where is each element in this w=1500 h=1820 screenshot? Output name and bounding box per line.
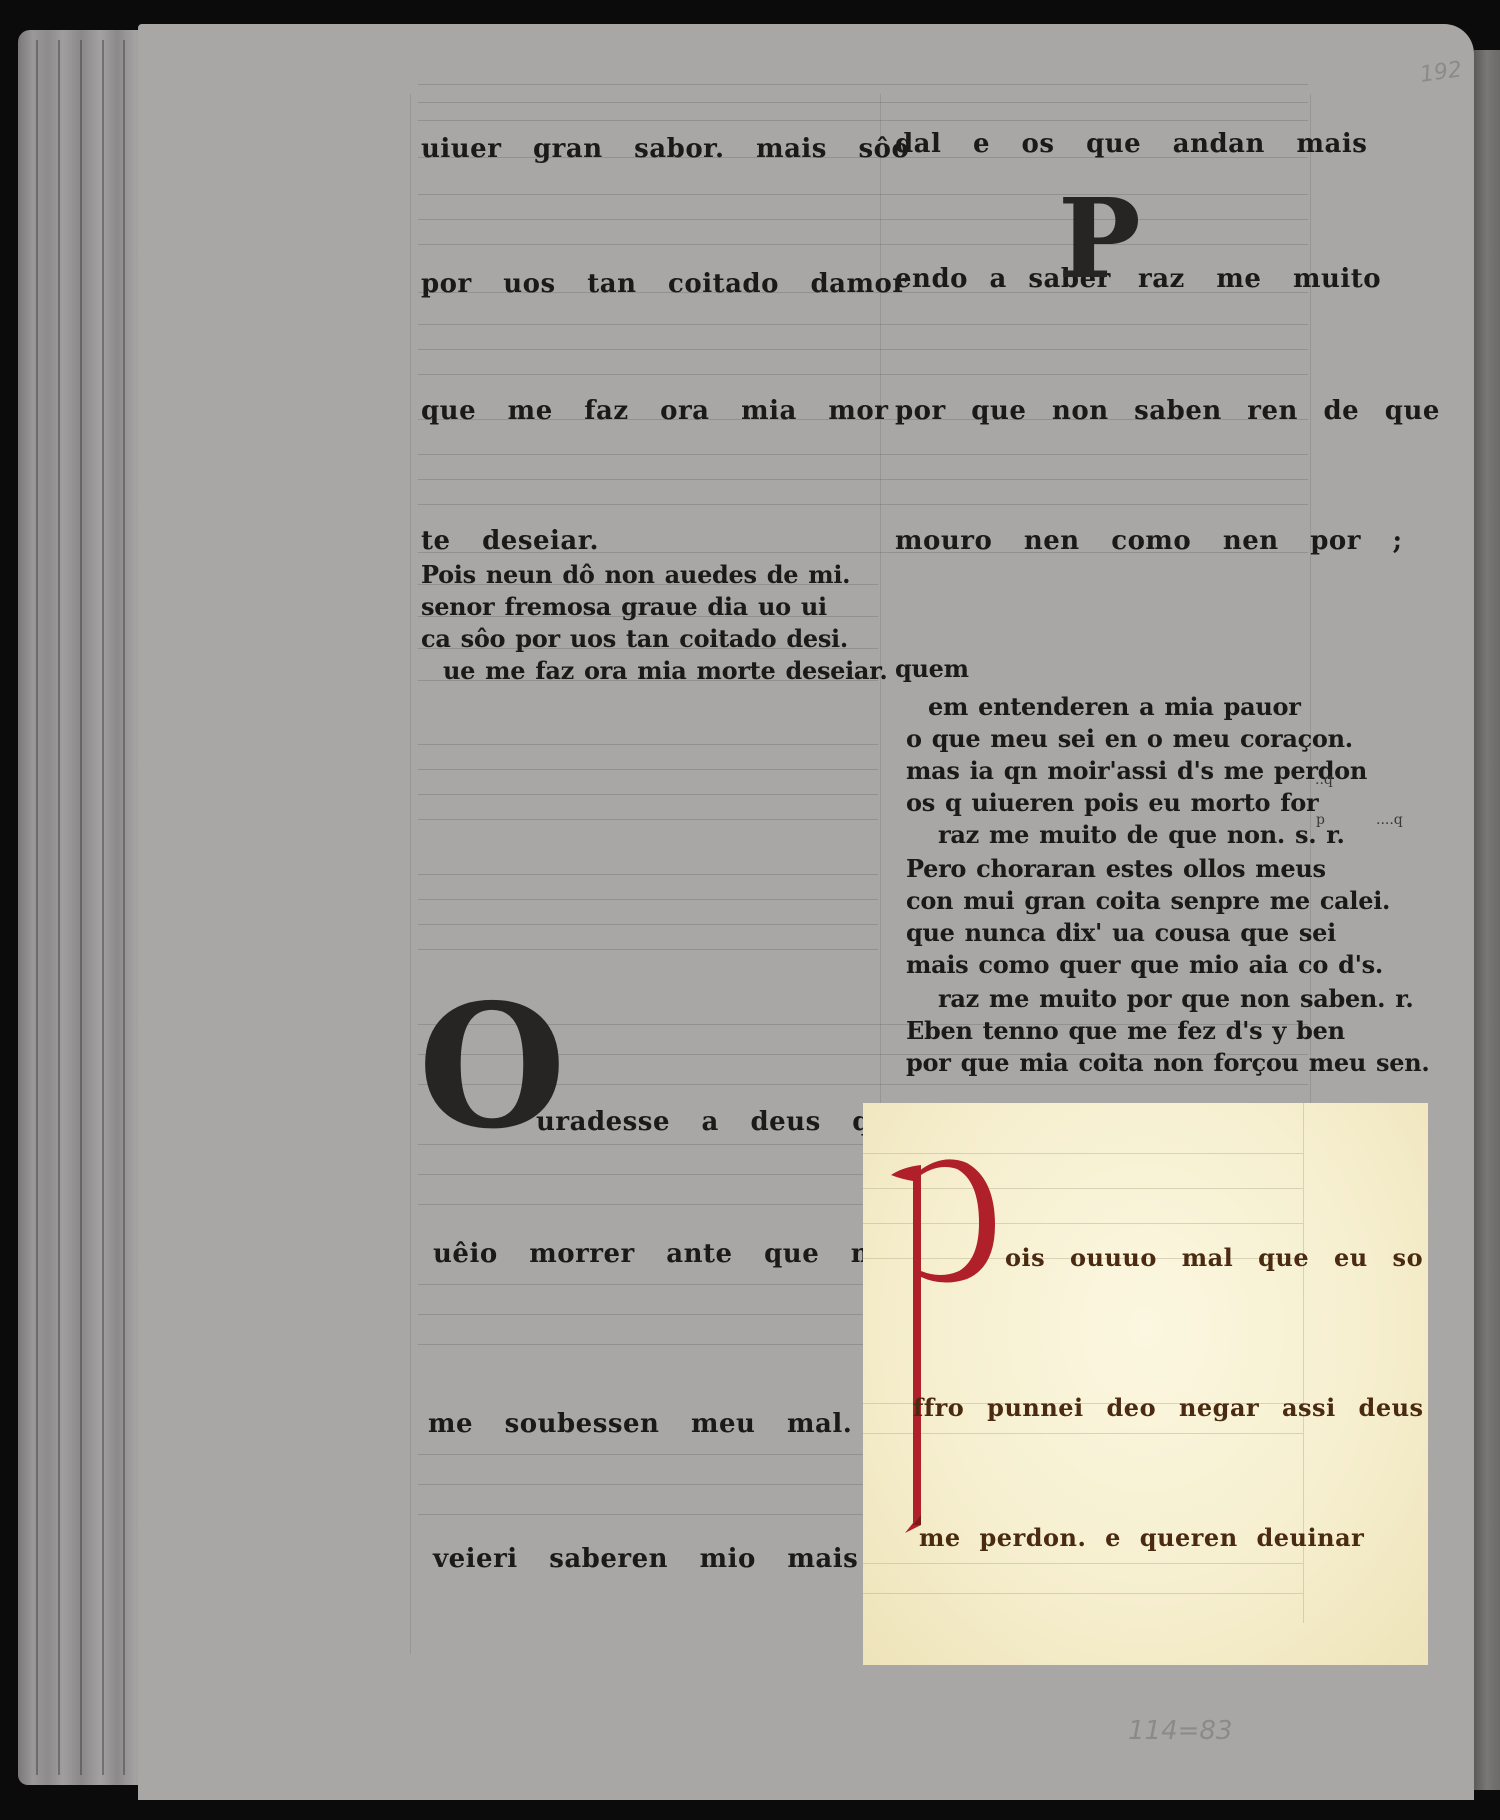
right-stanza-line: Pero choraran estes ollos meus xyxy=(906,854,1326,883)
staff-line xyxy=(418,120,1308,121)
staff-line xyxy=(418,194,1308,195)
inset-lyric-line: ois ouuuo mal que eu so xyxy=(1005,1243,1423,1272)
staff-line xyxy=(418,874,878,875)
left-lyric-line: por uos tan coitado damor xyxy=(421,269,907,299)
right-lyric-line: por que non saben ren de que xyxy=(895,396,1440,426)
right-lyric-line: dal e os que andan mais xyxy=(895,129,1367,159)
red-initial-p-icon xyxy=(883,1145,1003,1535)
staff-line xyxy=(418,949,878,950)
right-stanza-line: que nunca dix' ua cousa que sei xyxy=(906,918,1336,947)
left-stanza-line: ue me faz ora mia morte deseiar. xyxy=(443,656,887,685)
right-stanza-line: os q uiueren pois eu morto for xyxy=(906,788,1318,817)
staff-line xyxy=(418,479,1308,480)
left-lyric-line: me soubessen meu mal. ca xyxy=(428,1409,918,1439)
page-edge-line xyxy=(80,40,82,1775)
right-stanza-line: raz me muito por que non saben. r. xyxy=(938,984,1413,1013)
page-edge-line xyxy=(102,40,104,1775)
right-lyric-line: raz me muito xyxy=(1138,264,1381,294)
left-lyric-line: veieri saberen mio mais ; xyxy=(433,1544,900,1574)
right-stanza-line: mais como quer que mio aia co d's. xyxy=(906,950,1383,979)
staff-line xyxy=(418,374,1308,375)
staff-line xyxy=(418,324,1308,325)
right-stanza-line: raz me muito de que non. s. r. xyxy=(938,820,1345,849)
right-stanza-line: quem xyxy=(895,654,969,683)
left-stanza-line: Pois neun dô non auedes de mi. xyxy=(421,560,850,589)
right-stanza-line: mas ia qn moir'assi d's me perdon xyxy=(906,756,1367,785)
margin-annotation: p xyxy=(1316,812,1325,828)
staff-line xyxy=(418,84,1308,85)
color-detail-inset: ois ouuuo mal que eu so ffro punnei deo … xyxy=(863,1103,1428,1665)
margin-annotation: ....q xyxy=(1376,812,1403,828)
staff-line xyxy=(418,794,878,795)
left-stanza-line: senor fremosa graue dia uo ui xyxy=(421,592,827,621)
page-edge-line xyxy=(36,40,38,1775)
left-lyric-line: te deseiar. xyxy=(421,526,599,556)
staff-line xyxy=(418,454,1308,455)
left-lyric-line: uêio morrer ante que mais xyxy=(433,1239,922,1269)
right-stanza-line: por que mia coita non forçou meu sen. xyxy=(906,1048,1429,1077)
left-lyric-line: que me faz ora mia mor xyxy=(421,396,888,426)
left-stanza-line: ca sôo por uos tan coitado desi. xyxy=(421,624,848,653)
page-edge-line xyxy=(58,40,60,1775)
folio-number: 192 xyxy=(1418,57,1463,88)
pencil-note: 114=83 xyxy=(1128,1716,1233,1746)
staff-line xyxy=(418,744,878,745)
right-stanza-line: o que meu sei en o meu coraçon. xyxy=(906,724,1353,753)
decorated-initial-p: P xyxy=(1058,184,1141,294)
right-stanza-line: em entenderen a mia pauor xyxy=(928,692,1301,721)
inset-lyric-line: me perdon. e queren deuinar xyxy=(919,1523,1364,1552)
staff-line xyxy=(418,899,878,900)
inset-lyric-line: ffro punnei deo negar assi deus xyxy=(913,1393,1424,1422)
staff-line xyxy=(418,244,1308,245)
staff-line xyxy=(418,504,1308,505)
left-lyric-line: uiuer gran sabor. mais sôo xyxy=(421,134,909,164)
staff-line xyxy=(418,769,878,770)
page-edge-line xyxy=(123,40,125,1775)
facing-page-edge xyxy=(1474,50,1500,1790)
staff-line xyxy=(863,1593,1303,1594)
margin-rule-left xyxy=(410,94,411,1654)
margin-annotation: ..q xyxy=(1315,772,1333,788)
staff-line xyxy=(418,819,878,820)
right-stanza-line: Eben tenno que me fez d's y ben xyxy=(906,1016,1345,1045)
staff-line xyxy=(418,924,878,925)
right-stanza-line: con mui gran coita senpre me calei. xyxy=(906,886,1390,915)
staff-line xyxy=(418,219,1308,220)
staff-line xyxy=(418,102,1308,103)
staff-line xyxy=(418,349,1308,350)
right-lyric-line: mouro nen como nen por ; xyxy=(895,526,1403,556)
staff-line xyxy=(863,1563,1303,1564)
